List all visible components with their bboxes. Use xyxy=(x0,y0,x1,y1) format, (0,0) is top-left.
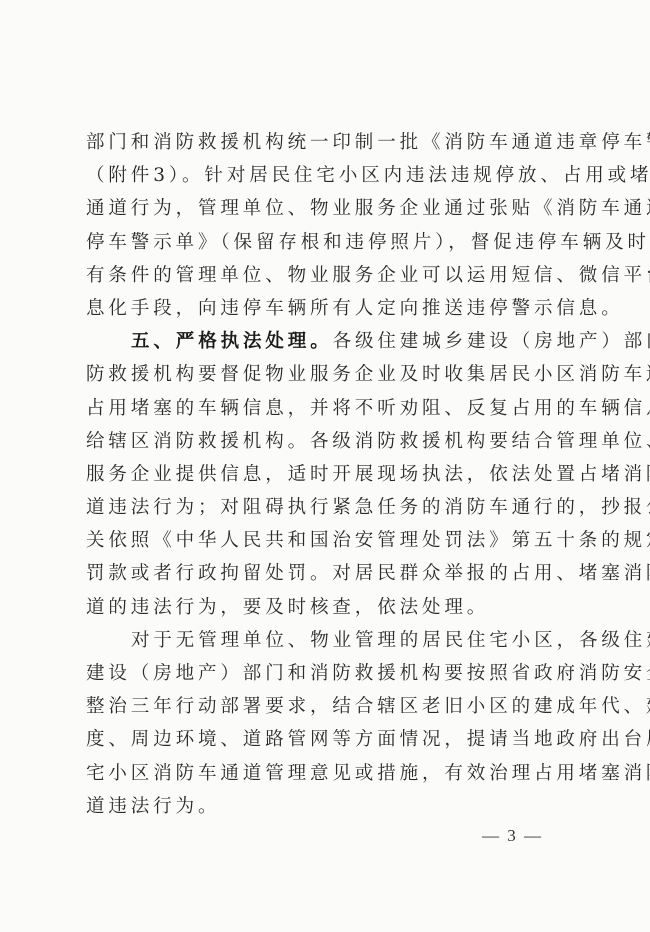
text-line: （附件3）。针对居民住宅小区内违法违规停放、占用或堵塞消防 xyxy=(86,159,568,192)
text-line: 有条件的管理单位、物业服务企业可以运用短信、微信平台等信 xyxy=(86,259,568,292)
paragraph-3-first-line: 对于无管理单位、物业管理的居民住宅小区，各级住建城乡 xyxy=(86,624,568,657)
text-line: 度、周边环境、道路管网等方面情况，提请当地政府出台居民住 xyxy=(86,723,568,756)
text-line: 道违法行为。 xyxy=(86,790,568,823)
text-line: 息化手段，向违停车辆所有人定向推送违停警示信息。 xyxy=(86,292,568,325)
text-line: 停车警示单》（保留存根和违停照片），督促违停车辆及时挪移。 xyxy=(86,226,568,259)
text-line: 建设（房地产）部门和消防救援机构要按照省政府消防安全专项 xyxy=(86,657,568,690)
text-line: 服务企业提供信息，适时开展现场执法，依法处置占堵消防车通 xyxy=(86,458,568,491)
document-body: 部门和消防救援机构统一印制一批《消防车通道违章停车警示单》 （附件3）。针对居民… xyxy=(86,126,568,823)
section-5-heading: 五、严格执法处理。 xyxy=(131,331,333,352)
text-line: 整治三年行动部署要求，结合辖区老旧小区的建成年代、建筑高 xyxy=(86,690,568,723)
text-line: 宅小区消防车通道管理意见或措施，有效治理占用堵塞消防车通 xyxy=(86,757,568,790)
text-line: 道违法行为；对阻碍执行紧急任务的消防车通行的，抄报公安机 xyxy=(86,491,568,524)
text-line: 部门和消防救援机构统一印制一批《消防车通道违章停车警示单》 xyxy=(86,126,568,159)
text-line: 罚款或者行政拘留处罚。对居民群众举报的占用、堵塞消防车通 xyxy=(86,557,568,590)
section-5-first-line-text: 各级住建城乡建设（房地产）部门和消 xyxy=(333,331,650,352)
text-line: 通道行为，管理单位、物业服务企业通过张贴《消防车通道违章 xyxy=(86,192,568,225)
text-line: 防救援机构要督促物业服务企业及时收集居民小区消防车通道被 xyxy=(86,358,568,391)
section-5-first-line: 五、严格执法处理。各级住建城乡建设（房地产）部门和消 xyxy=(86,325,568,358)
text-line: 占用堵塞的车辆信息，并将不听劝阻、反复占用的车辆信息提供 xyxy=(86,392,568,425)
page-number: — 3 — xyxy=(482,826,543,846)
text-line: 关依照《中华人民共和国治安管理处罚法》第五十条的规定给予 xyxy=(86,524,568,557)
text-line: 道的违法行为，要及时核查，依法处理。 xyxy=(86,591,568,624)
text-line: 给辖区消防救援机构。各级消防救援机构要结合管理单位、物业 xyxy=(86,425,568,458)
